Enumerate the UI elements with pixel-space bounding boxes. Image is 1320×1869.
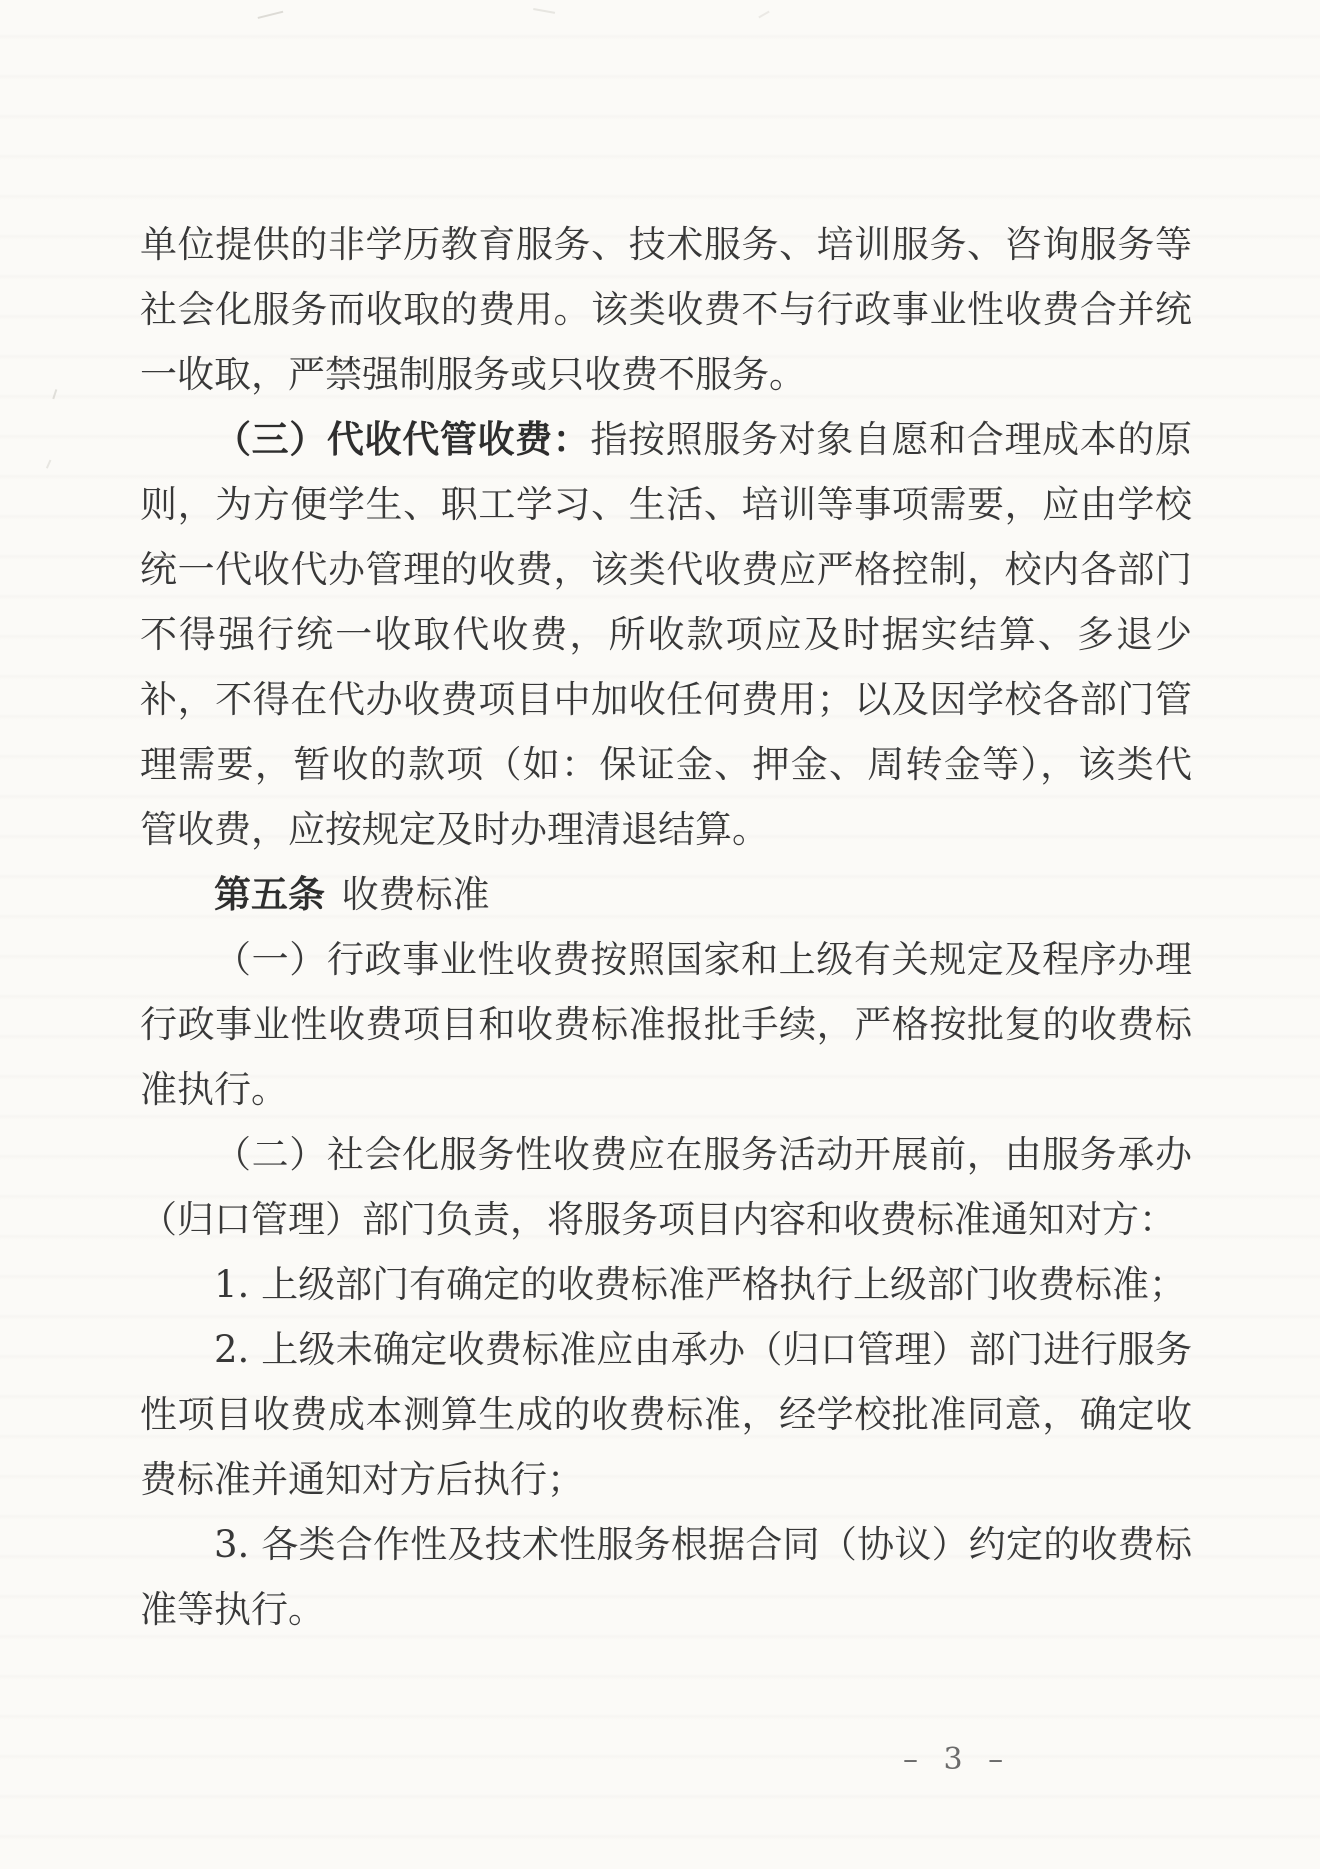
article-five-heading: 第五条收费标准 xyxy=(140,862,1192,927)
scan-artifact xyxy=(754,4,769,19)
page-number: – 3 – xyxy=(903,1742,1011,1777)
scan-artifact xyxy=(533,0,557,14)
paragraph-item-one: （一）行政事业性收费按照国家和上级有关规定及程序办理行政事业性收费项目和收费标准… xyxy=(140,927,1192,1122)
article-title-text: 收费标准 xyxy=(342,873,490,916)
paragraph-text: 指按照服务对象自愿和合理成本的原则，为方便学生、职工学习、生活、培训等事项需要，… xyxy=(140,418,1192,851)
document-body: 单位提供的非学历教育服务、技术服务、培训服务、咨询服务等社会化服务而收取的费用。… xyxy=(140,212,1192,1642)
numbered-item-2: 2. 上级未确定收费标准应由承办（归口管理）部门进行服务性项目收费成本测算生成的… xyxy=(140,1317,1192,1512)
scan-artifact xyxy=(255,0,284,19)
scanned-document-page: 单位提供的非学历教育服务、技术服务、培训服务、咨询服务等社会化服务而收取的费用。… xyxy=(0,0,1320,1869)
numbered-item-1: 1. 上级部门有确定的收费标准严格执行上级部门收费标准； xyxy=(140,1252,1192,1317)
scan-artifact xyxy=(45,387,58,400)
article-number-bold: 第五条 xyxy=(214,872,325,916)
numbered-item-3: 3. 各类合作性及技术性服务根据合同（协议）约定的收费标准等执行。 xyxy=(140,1512,1192,1642)
paragraph-lead-bold: （三）代收代管收费： xyxy=(214,417,590,461)
paragraph-continuation: 单位提供的非学历教育服务、技术服务、培训服务、咨询服务等社会化服务而收取的费用。… xyxy=(140,212,1192,407)
paragraph-item-three: （三）代收代管收费：指按照服务对象自愿和合理成本的原则，为方便学生、职工学习、生… xyxy=(140,407,1192,862)
scan-artifact xyxy=(39,456,52,468)
paragraph-item-two: （二）社会化服务性收费应在服务活动开展前，由服务承办（归口管理）部门负责，将服务… xyxy=(140,1122,1192,1252)
